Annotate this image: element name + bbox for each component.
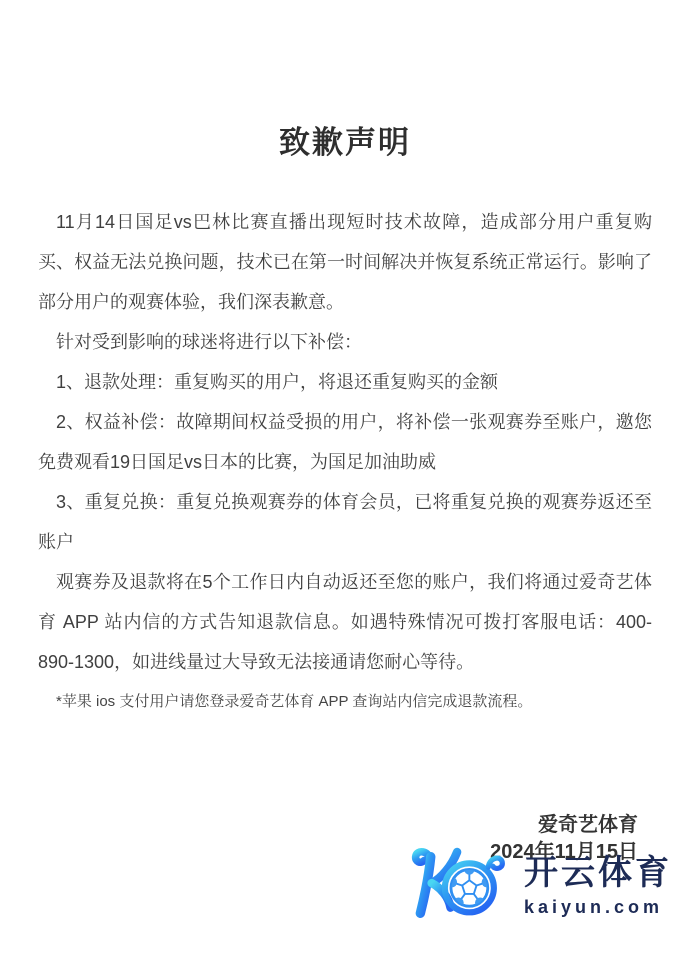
- notice-body: 11月14日国足vs巴林比赛直播出现短时技术故障，造成部分用户重复购买、权益无法…: [0, 202, 690, 722]
- paragraph-item-duplicate: 3、重复兑换：重复兑换观赛券的体育会员，已将重复兑换的观赛券返还至账户: [38, 482, 652, 562]
- paragraph-item-refund: 1、退款处理：重复购买的用户，将退还重复购买的金额: [38, 362, 652, 402]
- apology-notice-page: 致歉声明 11月14日国足vs巴林比赛直播出现短时技术故障，造成部分用户重复购买…: [0, 0, 690, 954]
- logo-brand-name: 开云体育: [524, 853, 672, 893]
- signature-company: 爱奇艺体育: [0, 812, 638, 839]
- paragraph-compensation-lead: 针对受到影响的球迷将进行以下补偿：: [38, 322, 652, 362]
- page-title: 致歉声明: [0, 0, 690, 162]
- logo-domain: kaiyun.com: [524, 896, 672, 918]
- footnote-ios-payment: *苹果 ios 支付用户请您登录爱奇艺体育 APP 查询站内信完成退款流程。: [38, 682, 652, 722]
- kaiyun-logo: 开云体育 kaiyun.com: [410, 843, 672, 927]
- kaiyun-k-football-icon: [410, 843, 508, 927]
- logo-text-block: 开云体育 kaiyun.com: [524, 853, 672, 918]
- paragraph-intro: 11月14日国足vs巴林比赛直播出现短时技术故障，造成部分用户重复购买、权益无法…: [38, 202, 652, 322]
- paragraph-item-rights: 2、权益补偿：故障期间权益受损的用户，将补偿一张观赛券至账户，邀您免费观看19日…: [38, 402, 652, 482]
- paragraph-refund-process: 观赛券及退款将在5个工作日内自动返还至您的账户，我们将通过爱奇艺体育 APP 站…: [38, 562, 652, 682]
